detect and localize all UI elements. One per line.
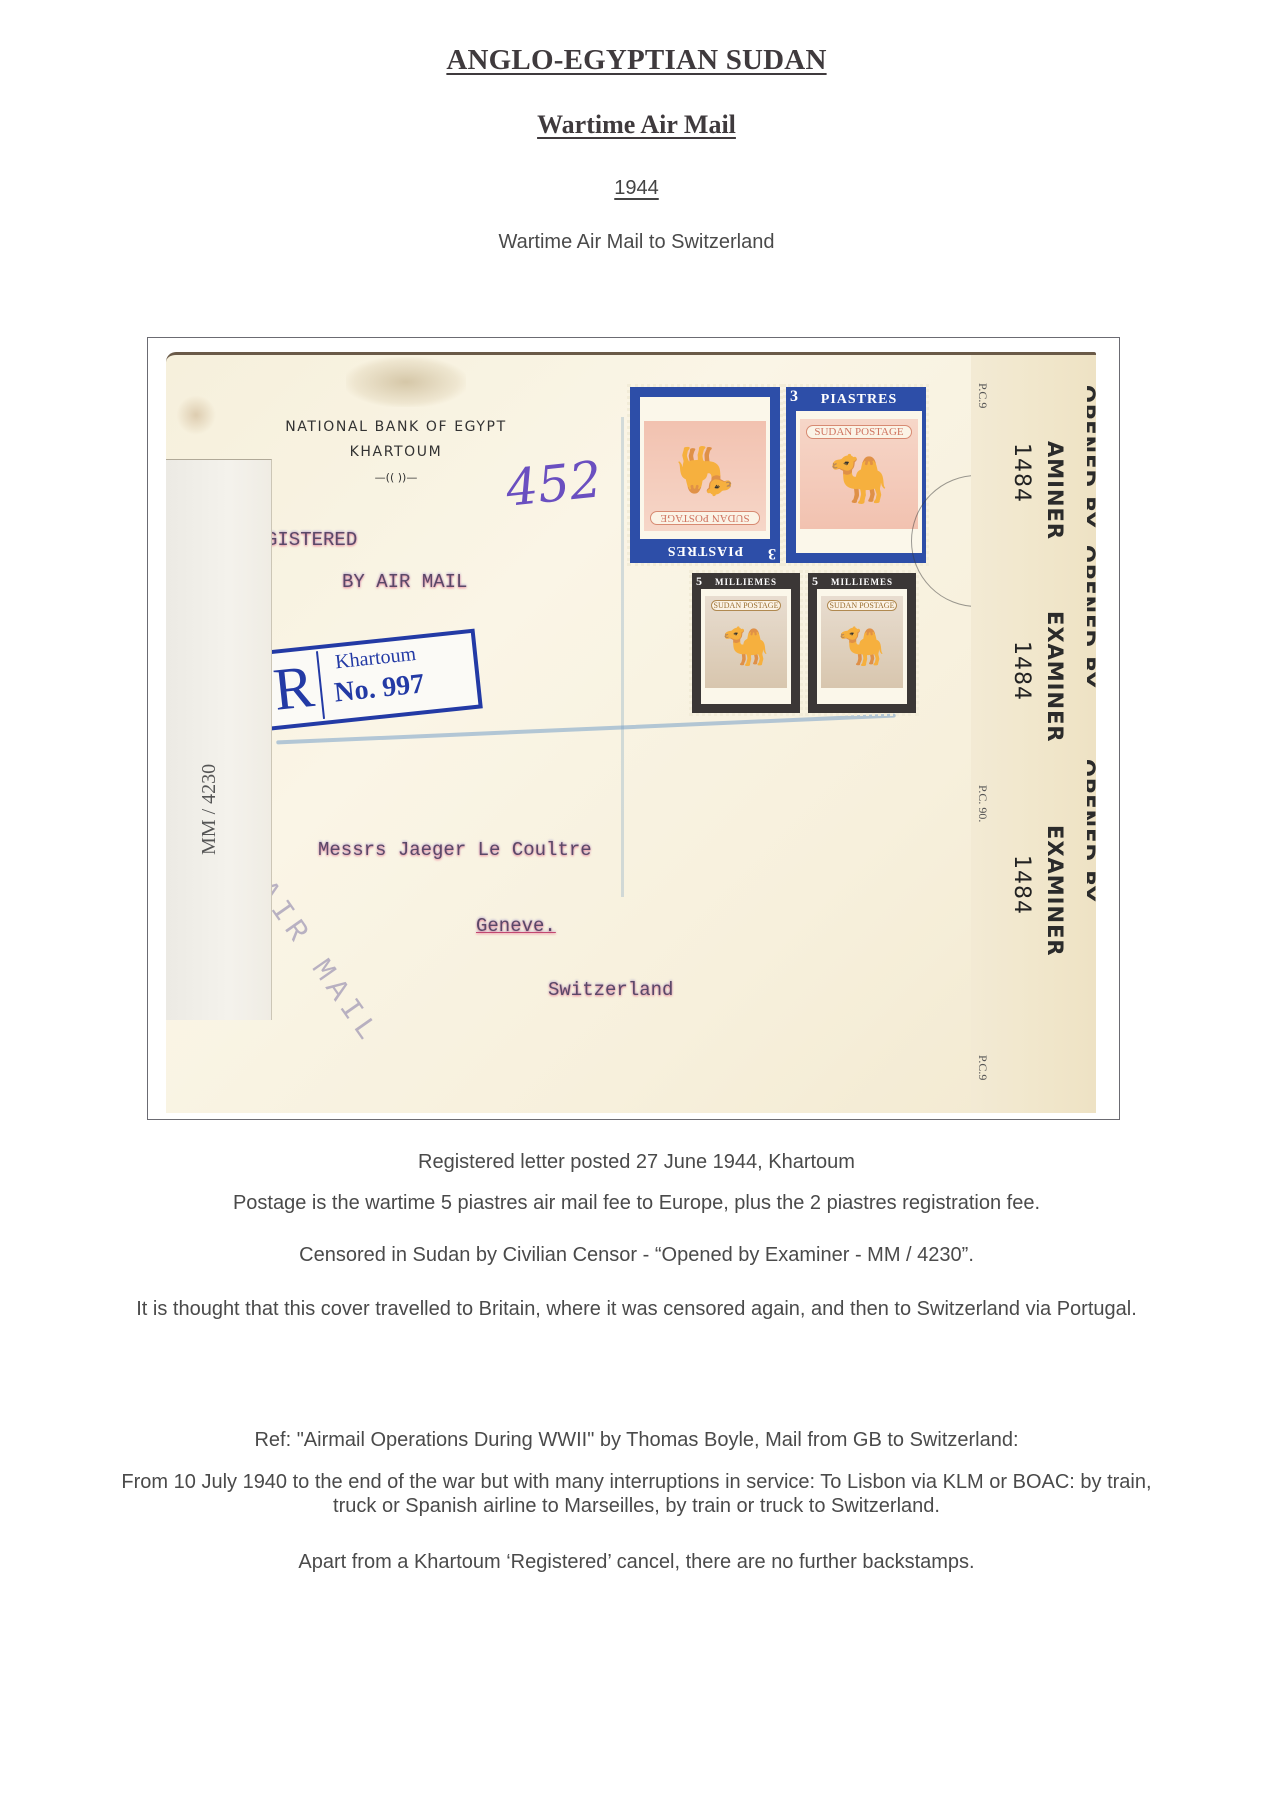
description-postage: Postage is the wartime 5 piastres air ma…	[0, 1191, 1273, 1215]
description-censor: Censored in Sudan by Civilian Censor - “…	[0, 1243, 1273, 1267]
sender-imprint: NATIONAL BANK OF EGYPT KHARTOUM —(( ))—	[246, 415, 546, 490]
typed-registered: GISTERED	[266, 529, 357, 551]
pc-code: P.C.9	[975, 1055, 990, 1080]
registration-number: No. 997	[333, 668, 426, 709]
registration-label: R Khartoum No. 997	[258, 629, 483, 731]
page-title: ANGLO-EGYPTIAN SUDAN	[0, 44, 1273, 77]
section-title: Wartime Air Mail	[0, 110, 1273, 140]
camel-postman-icon: 🐪	[675, 447, 735, 495]
opened-by-label: OPENED BY	[1075, 385, 1099, 528]
ornament-icon: —(( ))—	[246, 465, 546, 490]
censor-tape-left: MM / 4230	[166, 459, 272, 1020]
sender-city: KHARTOUM	[246, 440, 546, 465]
description-route: It is thought that this cover travelled …	[0, 1297, 1273, 1321]
stamp-value: 5	[696, 574, 702, 589]
examiner-number: 1484	[1009, 641, 1034, 701]
blue-pencil-line-vertical	[621, 417, 624, 897]
cover-photo-frame: NATIONAL BANK OF EGYPT KHARTOUM —(( ))— …	[147, 337, 1120, 1120]
examiner-label: AMINER	[1043, 441, 1067, 540]
envelope: NATIONAL BANK OF EGYPT KHARTOUM —(( ))— …	[166, 352, 1096, 1113]
stamp-value: 5	[812, 574, 818, 589]
description-reference-detail: From 10 July 1940 to the end of the war …	[0, 1470, 1273, 1518]
stamp-inscription: SUDAN POSTAGE	[650, 511, 760, 525]
stamp-inscription: SUDAN POSTAGE	[711, 600, 781, 611]
stamp-value: 3	[790, 388, 798, 406]
opened-by-label: OPENED BY	[1075, 545, 1099, 688]
camel-postman-icon: 🐪	[838, 628, 885, 666]
stamp-5-milliemes: MILLIEMES SUDAN POSTAGE 🐪 5	[808, 573, 916, 713]
description-backstamps: Apart from a Khartoum ‘Registered’ cance…	[0, 1550, 1273, 1574]
address-country: Switzerland	[548, 979, 673, 1001]
stamp-denomination: MILLIEMES	[701, 575, 791, 589]
stamp-inscription: SUDAN POSTAGE	[827, 600, 897, 611]
censor-tape-right: P.C.9 P.C. 90. P.C.9 1484 AMINER OPENED …	[971, 355, 1096, 1113]
addressee: Messrs Jaeger Le Coultre	[318, 839, 592, 861]
sender-name: NATIONAL BANK OF EGYPT	[246, 415, 546, 440]
stain	[176, 395, 216, 435]
typed-by-air-mail: BY AIR MAIL	[342, 571, 467, 593]
pc-code: P.C.9	[975, 383, 990, 408]
censor-code: MM / 4230	[198, 764, 221, 855]
stamp-3-piastres-inverted: PIASTRES SUDAN POSTAGE 🐪 3	[630, 387, 780, 563]
stamp-denomination: MILLIEMES	[817, 575, 907, 589]
stamp-denomination: PIASTRES	[796, 389, 922, 411]
description-reference: Ref: "Airmail Operations During WWII" by…	[0, 1428, 1273, 1452]
examiner-label: EXAMINER	[1043, 825, 1067, 957]
examiner-number: 1484	[1009, 855, 1034, 915]
camel-postman-icon: 🐪	[829, 456, 889, 504]
year-heading: 1944	[0, 177, 1273, 200]
examiner-label: EXAMINER	[1043, 611, 1067, 743]
camel-postman-icon: 🐪	[722, 628, 769, 666]
stain	[346, 357, 466, 407]
pc-code: P.C. 90.	[975, 785, 990, 822]
examiner-number: 1484	[1009, 443, 1034, 503]
stamp-3-piastres: PIASTRES SUDAN POSTAGE 🐪 3	[786, 387, 926, 563]
address-city: Geneve.	[476, 915, 556, 937]
opened-by-label: OPENED BY	[1075, 759, 1099, 902]
registration-r-icon: R	[264, 651, 325, 724]
page-subtitle: Wartime Air Mail to Switzerland	[0, 231, 1273, 254]
handwritten-number: 452	[503, 450, 604, 518]
stamp-5-milliemes: MILLIEMES SUDAN POSTAGE 🐪 5	[692, 573, 800, 713]
stamp-value: 3	[768, 544, 776, 562]
description-posted: Registered letter posted 27 June 1944, K…	[0, 1150, 1273, 1174]
stamp-inscription: SUDAN POSTAGE	[806, 425, 912, 439]
stamp-denomination: PIASTRES	[640, 539, 770, 561]
